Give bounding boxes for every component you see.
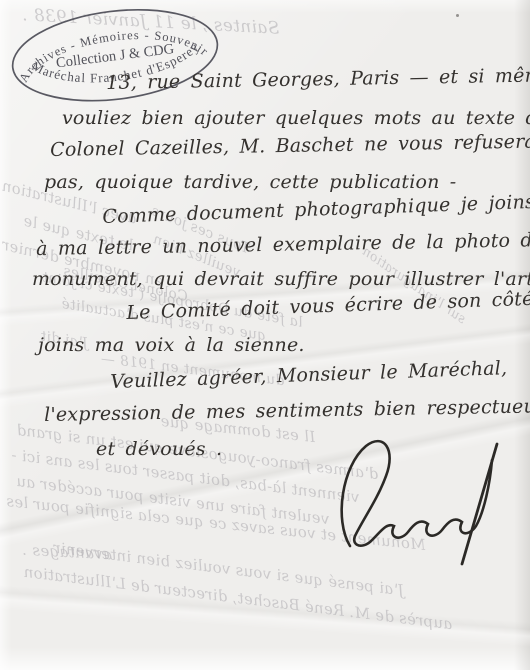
letter-page: Saintes , le 11 Janvier 1938 .avec l'Ill… xyxy=(0,0,530,670)
letter-line: Colonel Cazeilles, M. Baschet ne vous re… xyxy=(50,130,530,161)
letter-line: monument, qui devrait suffire pour illus… xyxy=(32,268,530,290)
letter-line: l'expression de mes sentiments bien resp… xyxy=(44,395,530,426)
signature-scrawl-icon xyxy=(318,423,523,575)
letter-line: pas, quoique tardive, cette publication … xyxy=(44,171,456,193)
letter-line: et dévoués . xyxy=(96,438,222,460)
letter-line: vouliez bien ajouter quelques mots au te… xyxy=(62,107,530,129)
signature xyxy=(318,423,523,575)
paper-speck xyxy=(456,14,459,17)
stamp-oval-icon: Archives - Mémoires - Souvenirs Collecti… xyxy=(3,0,231,117)
archive-stamp: Archives - Mémoires - Souvenirs Collecti… xyxy=(3,0,231,117)
letter-line: joins ma voix à la sienne. xyxy=(38,334,305,356)
letter-line: Comme document photographique je joins xyxy=(102,191,530,228)
